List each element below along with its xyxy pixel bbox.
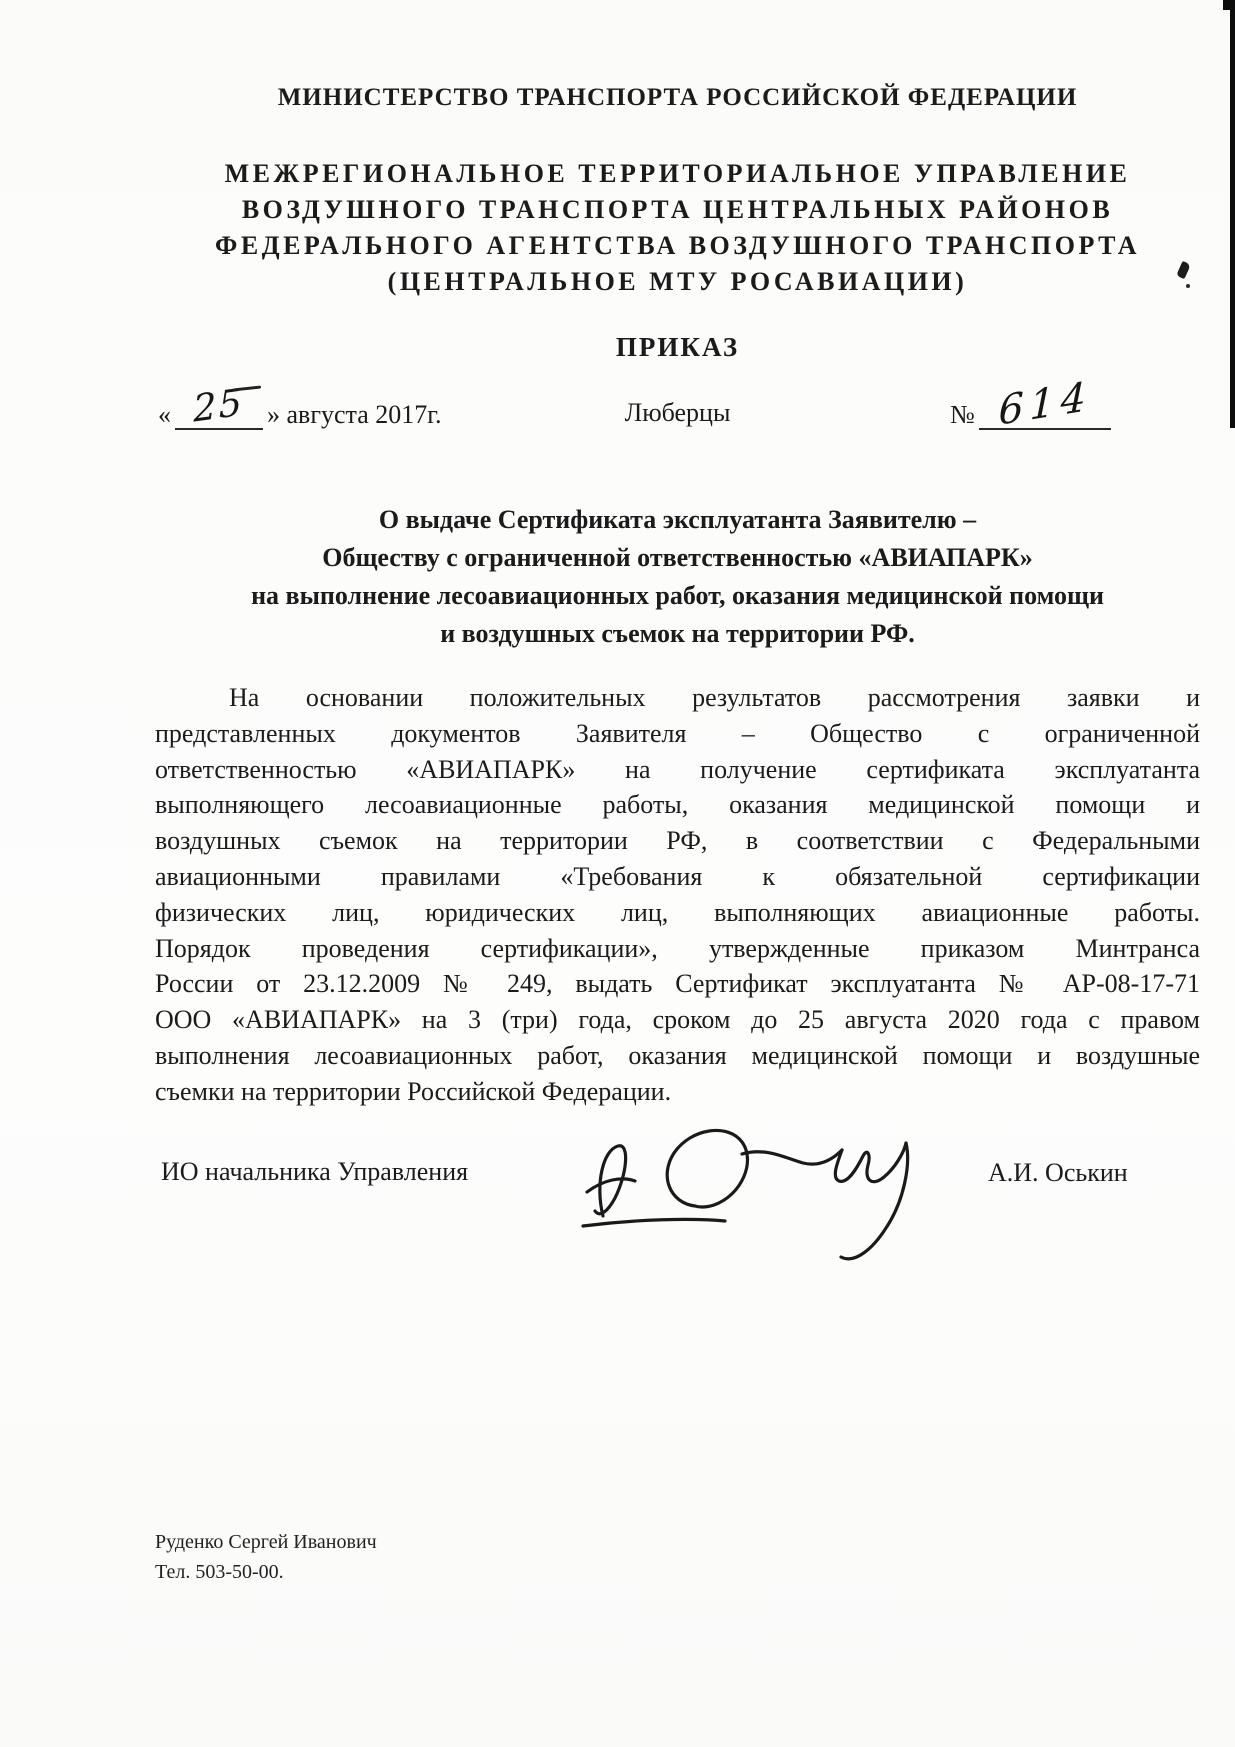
order-subject-line: О выдаче Сертификата эксплуатанта Заявит…	[155, 501, 1200, 539]
organization-header-line: ФЕДЕРАЛЬНОГО АГЕНТСТВА ВОЗДУШНОГО ТРАНСП…	[141, 228, 1214, 264]
body-line: выполняющего лесоавиационные работы, ока…	[155, 787, 1200, 823]
body-line: Порядок проведения сертификации», утверж…	[155, 931, 1200, 967]
body-line: авиационными правилами «Требования к обя…	[155, 859, 1200, 895]
handwritten-number: 614	[998, 373, 1092, 434]
scan-artifact-right-strip	[1230, 0, 1235, 428]
ministry-header: МИНИСТЕРСТВО ТРАНСПОРТА РОССИЙСКОЙ ФЕДЕР…	[155, 84, 1200, 112]
scanned-document-page: МИНИСТЕРСТВО ТРАНСПОРТА РОССИЙСКОЙ ФЕДЕР…	[0, 0, 1235, 1747]
body-line: физических лиц, юридических лиц, выполня…	[155, 895, 1200, 931]
contact-footer: Руденко Сергей Иванович Тел. 503-50-00.	[155, 1527, 377, 1587]
body-line: ООО «АВИАПАРК» на 3 (три) года, сроком д…	[155, 1002, 1200, 1038]
number-sign: №	[950, 400, 975, 429]
order-subject-line: на выполнение лесоавиационных работ, ока…	[155, 577, 1200, 615]
order-body-paragraph: На основании положительных результатов р…	[155, 680, 1200, 1110]
contact-phone: Тел. 503-50-00.	[155, 1557, 377, 1587]
organization-header: МЕЖРЕГИОНАЛЬНОЕ ТЕРРИТОРИАЛЬНОЕ УПРАВЛЕН…	[141, 156, 1214, 300]
body-line: представленных документов Заявителя – Об…	[155, 716, 1200, 752]
signer-position-label: ИО начальника Управления	[161, 1157, 468, 1187]
scan-artifact-top-corner	[1223, 0, 1235, 10]
handwritten-number-line: 614	[979, 398, 1111, 430]
contact-name: Руденко Сергей Иванович	[155, 1527, 377, 1557]
organization-header-line: (ЦЕНТРАЛЬНОЕ МТУ РОСАВИАЦИИ)	[141, 264, 1214, 300]
order-number-field: №614	[950, 398, 1115, 430]
body-line: ответственностью «АВИАПАРК» на получение…	[155, 752, 1200, 788]
order-subject-line: и воздушных съемок на территории РФ.	[155, 615, 1200, 653]
signature-handwritten	[573, 1106, 955, 1278]
organization-header-line: ВОЗДУШНОГО ТРАНСПОРТА ЦЕНТРАЛЬНЫХ РАЙОНО…	[141, 192, 1214, 228]
body-line: воздушных съемок на территории РФ, в соо…	[155, 823, 1200, 859]
body-line: съемки на территории Российской Федераци…	[155, 1074, 1200, 1110]
body-line: выполнения лесоавиационных работ, оказан…	[155, 1038, 1200, 1074]
order-subject-title: О выдаче Сертификата эксплуатанта Заявит…	[155, 501, 1200, 653]
document-type-title: ПРИКАЗ	[155, 332, 1200, 363]
scan-artifact-dot	[1186, 284, 1190, 288]
organization-header-line: МЕЖРЕГИОНАЛЬНОЕ ТЕРРИТОРИАЛЬНОЕ УПРАВЛЕН…	[141, 156, 1214, 192]
date-number-row: «25» августа 2017г. Люберцы №614	[155, 388, 1200, 434]
signer-name: А.И. Оськин	[988, 1158, 1128, 1188]
body-line: На основании положительных результатов р…	[155, 680, 1200, 716]
document-content: МИНИСТЕРСТВО ТРАНСПОРТА РОССИЙСКОЙ ФЕДЕР…	[155, 0, 1200, 1747]
order-subject-line: Обществу с ограниченной ответственностью…	[155, 539, 1200, 577]
body-line: России от 23.12.2009 № 249, выдать Серти…	[155, 966, 1200, 1002]
